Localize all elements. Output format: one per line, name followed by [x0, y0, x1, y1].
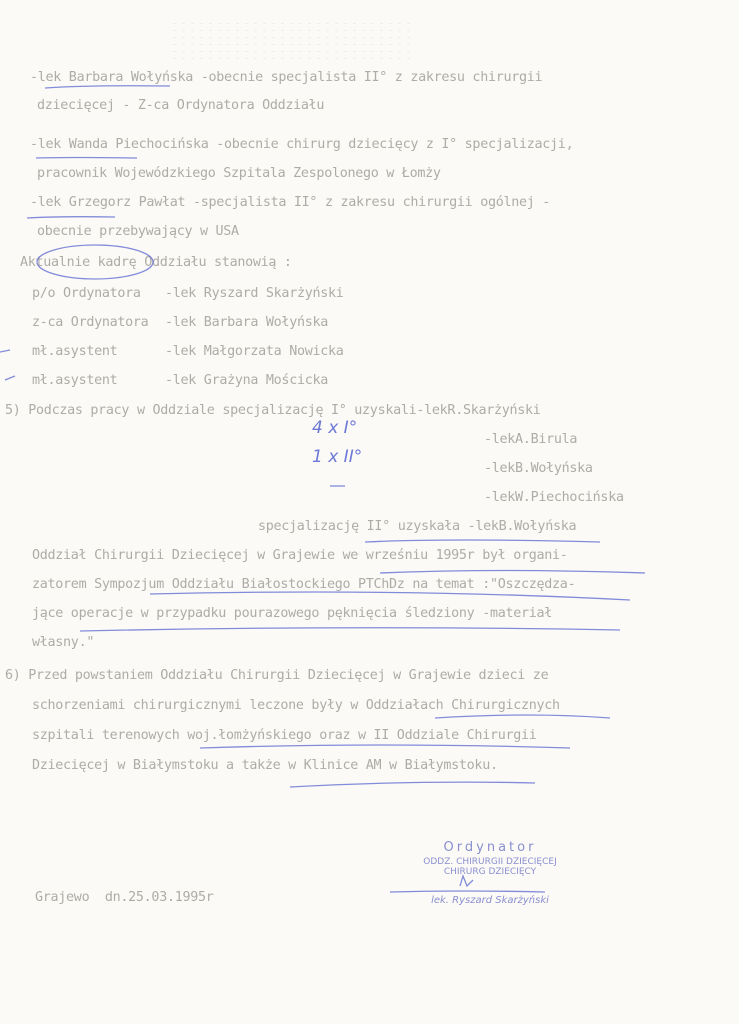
stamp-line: CHIRURG DZIECIĘCY	[395, 867, 585, 877]
staff-role: mł.asystent	[32, 373, 117, 388]
section-5-name: -lekB.Wołyńska	[484, 461, 593, 476]
staff-role: mł.asystent	[32, 344, 117, 359]
stamp-title: Ordynator	[395, 840, 585, 855]
staff-name: -lek Ryszard Skarżyński	[165, 286, 344, 301]
signature-stamp: Ordynator ODDZ. CHIRURGII DZIECIĘCEJ CHI…	[395, 840, 585, 906]
text-line: pracownik Wojewódzkiego Szpitala Zespolo…	[37, 166, 441, 181]
paragraph-line: zatorem Sympozjum Oddziału Białostockieg…	[32, 577, 575, 592]
staff-name: -lek Małgorzata Nowicka	[165, 344, 344, 359]
section-6-line: szpitali terenowych woj.łomżyńskiego ora…	[32, 728, 537, 743]
paragraph-line: własny."	[32, 635, 94, 650]
staff-role: z-ca Ordynatora	[32, 315, 148, 330]
stamp-name: lek. Ryszard Skarżyński	[395, 895, 585, 906]
paragraph-line: Oddział Chirurgii Dziecięcej w Grajewie …	[32, 548, 568, 563]
section-6-line: Dziecięcej w Białymstoku a także w Klini…	[32, 758, 498, 773]
handwritten-note: 1 x II°	[312, 447, 362, 467]
text-line: dziecięcej - Z-ca Ordynatora Oddziału	[37, 98, 324, 113]
document-page: -lek Barbara Wołyńska -obecnie specjalis…	[0, 0, 739, 1024]
paragraph-line: jące operacje w przypadku pourazowego pę…	[32, 606, 552, 621]
staff-role: p/o Ordynatora	[32, 286, 141, 301]
section-5-second-degree: specjalizację II° uzyskała -lekB.Wołyńsk…	[258, 519, 576, 534]
section-6-line: schorzeniami chirurgicznymi leczone były…	[32, 698, 560, 713]
stamp-line: ODDZ. CHIRURGII DZIECIĘCEJ	[395, 857, 585, 867]
section-5-name: -lekA.Birula	[484, 432, 577, 447]
staff-name: -lek Grażyna Mościcka	[165, 373, 328, 388]
staff-name: -lek Barbara Wołyńska	[165, 315, 328, 330]
place-date: Grajewo dn.25.03.1995r	[35, 890, 214, 905]
text-line: -lek Wanda Piechocińska -obecnie chirurg…	[30, 137, 573, 152]
paper-speckle	[170, 20, 410, 65]
handwritten-note: 4 x I°	[312, 418, 357, 438]
text-line: obecnie przebywający w USA	[37, 224, 239, 239]
section-5-name: -lekW.Piechocińska	[484, 490, 624, 505]
text-line: -lek Barbara Wołyńska -obecnie specjalis…	[30, 70, 542, 85]
section-5-intro: 5) Podczas pracy w Oddziale specjalizacj…	[5, 403, 541, 418]
text-line: -lek Grzegorz Pawłat -specjalista II° z …	[30, 195, 550, 210]
staff-heading: Aktualnie kadrę Oddziału stanowią :	[20, 255, 292, 270]
section-6-line: 6) Przed powstaniem Oddziału Chirurgii D…	[5, 668, 548, 683]
pen-markings	[0, 0, 739, 1024]
